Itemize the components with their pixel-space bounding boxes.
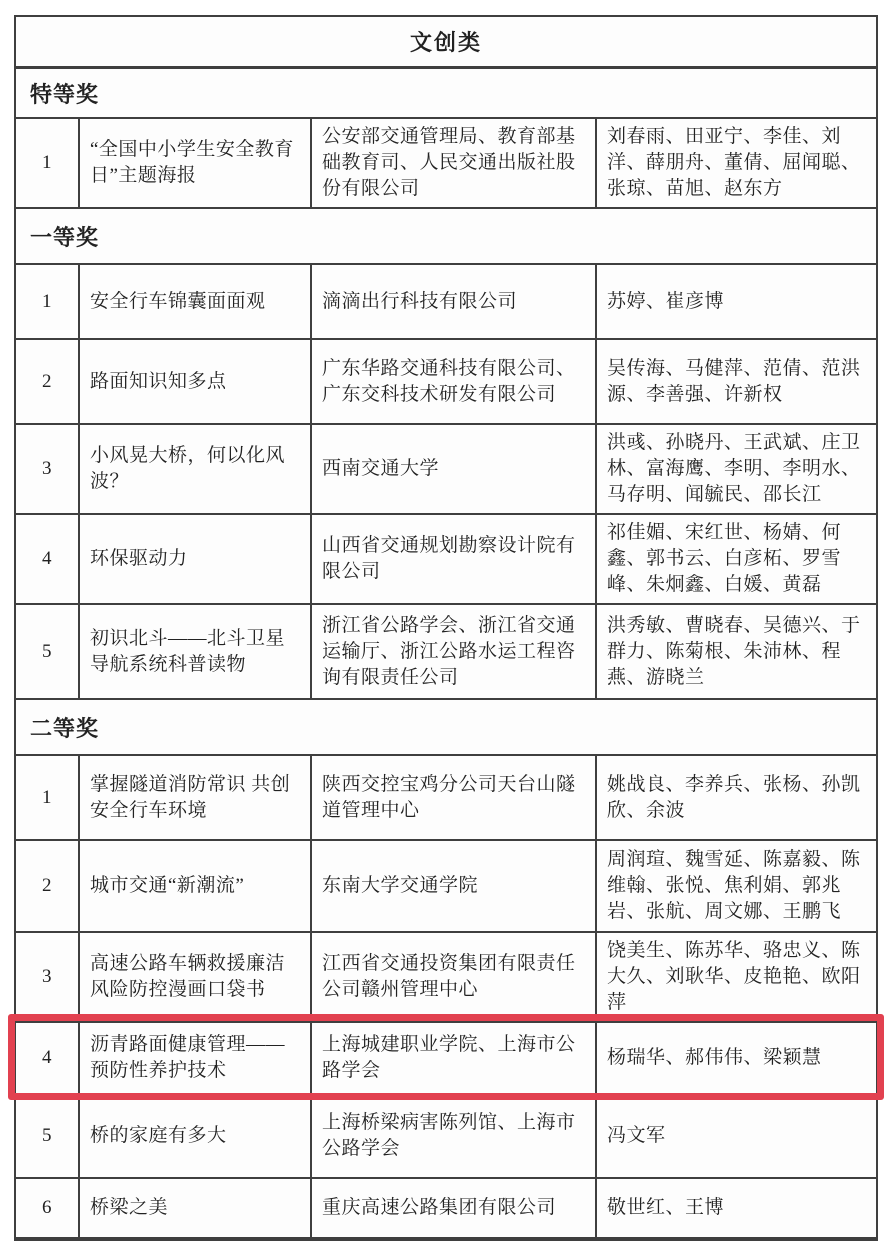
table-row: 1 “全国中小学生安全教育日”主题海报 公安部交通管理局、教育部基础教育司、人民… (16, 119, 876, 209)
table-row: 1 掌握隧道消防常识 共创安全行车环境 陕西交控宝鸡分公司天台山隧道管理中心 姚… (16, 756, 876, 841)
project-cell: 安全行车锦囊面面观 (80, 265, 312, 338)
rank-cell: 3 (16, 933, 80, 1021)
rank-cell: 6 (16, 1179, 80, 1237)
awards-table: 文创类 特等奖 1 “全国中小学生安全教育日”主题海报 公安部交通管理局、教育部… (14, 15, 878, 1241)
winners-cell: 洪秀敏、曹晓春、吴德兴、于群力、陈菊根、朱沛林、程燕、游晓兰 (597, 605, 876, 698)
project-cell: “全国中小学生安全教育日”主题海报 (80, 119, 312, 207)
rank-cell: 5 (16, 1095, 80, 1177)
table-row: 2 城市交通“新潮流” 东南大学交通学院 周润瑄、魏雪延、陈嘉毅、陈维翰、张悦、… (16, 841, 876, 933)
table-row: 2 路面知识知多点 广东华路交通科技有限公司、广东交科技术研发有限公司 吴传海、… (16, 340, 876, 425)
category-title: 文创类 (16, 17, 876, 69)
rank-cell: 3 (16, 425, 80, 513)
org-cell: 陕西交控宝鸡分公司天台山隧道管理中心 (312, 756, 597, 839)
table-row: 3 小风晃大桥，何以化风波？ 西南交通大学 洪彧、孙晓丹、王武斌、庄卫林、富海鹰… (16, 425, 876, 515)
project-cell: 小风晃大桥，何以化风波？ (80, 425, 312, 513)
org-cell: 浙江省公路学会、浙江省交通运输厅、浙江公路水运工程咨询有限责任公司 (312, 605, 597, 698)
winners-cell: 洪彧、孙晓丹、王武斌、庄卫林、富海鹰、李明、李明水、马存明、闻毓民、邵长江 (597, 425, 876, 513)
project-cell: 路面知识知多点 (80, 340, 312, 423)
table-row: 6 桥梁之美 重庆高速公路集团有限公司 敬世红、王博 (16, 1179, 876, 1239)
org-cell: 广东华路交通科技有限公司、广东交科技术研发有限公司 (312, 340, 597, 423)
winners-cell: 饶美生、陈苏华、骆忠义、陈大久、刘耿华、皮艳艳、欧阳萍 (597, 933, 876, 1021)
project-cell: 桥的家庭有多大 (80, 1095, 312, 1177)
org-cell: 山西省交通规划勘察设计院有限公司 (312, 515, 597, 603)
table-row-highlighted: 4 沥青路面健康管理——预防性养护技术 上海城建职业学院、上海市公路学会 杨瑞华… (16, 1023, 876, 1095)
rank-cell: 5 (16, 605, 80, 698)
section-header-first-prize: 一等奖 (16, 209, 876, 265)
winners-cell: 敬世红、王博 (597, 1179, 876, 1237)
project-cell: 桥梁之美 (80, 1179, 312, 1237)
org-cell: 公安部交通管理局、教育部基础教育司、人民交通出版社股份有限公司 (312, 119, 597, 207)
project-cell: 环保驱动力 (80, 515, 312, 603)
rank-cell: 2 (16, 340, 80, 423)
winners-cell: 周润瑄、魏雪延、陈嘉毅、陈维翰、张悦、焦利娟、郭兆岩、张航、周文娜、王鹏飞 (597, 841, 876, 931)
table-row: 4 环保驱动力 山西省交通规划勘察设计院有限公司 祁佳媚、宋红世、杨婧、何鑫、郭… (16, 515, 876, 605)
winners-cell: 杨瑞华、郝伟伟、梁颖慧 (597, 1023, 876, 1093)
table-row: 3 高速公路车辆救援廉洁风险防控漫画口袋书 江西省交通投资集团有限责任公司赣州管… (16, 933, 876, 1023)
org-cell: 上海城建职业学院、上海市公路学会 (312, 1023, 597, 1093)
project-cell: 掌握隧道消防常识 共创安全行车环境 (80, 756, 312, 839)
table-row: 1 安全行车锦囊面面观 滴滴出行科技有限公司 苏婷、崔彦博 (16, 265, 876, 340)
rank-cell: 4 (16, 515, 80, 603)
org-cell: 东南大学交通学院 (312, 841, 597, 931)
rank-cell: 1 (16, 119, 80, 207)
org-cell: 西南交通大学 (312, 425, 597, 513)
project-cell: 初识北斗——北斗卫星导航系统科普读物 (80, 605, 312, 698)
table-row: 5 初识北斗——北斗卫星导航系统科普读物 浙江省公路学会、浙江省交通运输厅、浙江… (16, 605, 876, 700)
org-cell: 滴滴出行科技有限公司 (312, 265, 597, 338)
section-header-second-prize: 二等奖 (16, 700, 876, 756)
winners-cell: 姚战良、李养兵、张杨、孙凯欣、余波 (597, 756, 876, 839)
winners-cell: 冯文军 (597, 1095, 876, 1177)
project-cell: 高速公路车辆救援廉洁风险防控漫画口袋书 (80, 933, 312, 1021)
org-cell: 江西省交通投资集团有限责任公司赣州管理中心 (312, 933, 597, 1021)
project-cell: 城市交通“新潮流” (80, 841, 312, 931)
table-row: 5 桥的家庭有多大 上海桥梁病害陈列馆、上海市公路学会 冯文军 (16, 1095, 876, 1179)
section-header-special-prize: 特等奖 (16, 69, 876, 119)
winners-cell: 刘春雨、田亚宁、李佳、刘洋、薛朋舟、董倩、屈闻聪、张琼、苗旭、赵东方 (597, 119, 876, 207)
winners-cell: 吴传海、马健萍、范倩、范洪源、李善强、许新权 (597, 340, 876, 423)
rank-cell: 1 (16, 756, 80, 839)
rank-cell: 1 (16, 265, 80, 338)
winners-cell: 祁佳媚、宋红世、杨婧、何鑫、郭书云、白彦柘、罗雪峰、朱炯鑫、白媛、黄磊 (597, 515, 876, 603)
rank-cell: 2 (16, 841, 80, 931)
org-cell: 上海桥梁病害陈列馆、上海市公路学会 (312, 1095, 597, 1177)
org-cell: 重庆高速公路集团有限公司 (312, 1179, 597, 1237)
project-cell: 沥青路面健康管理——预防性养护技术 (80, 1023, 312, 1093)
winners-cell: 苏婷、崔彦博 (597, 265, 876, 338)
rank-cell: 4 (16, 1023, 80, 1093)
